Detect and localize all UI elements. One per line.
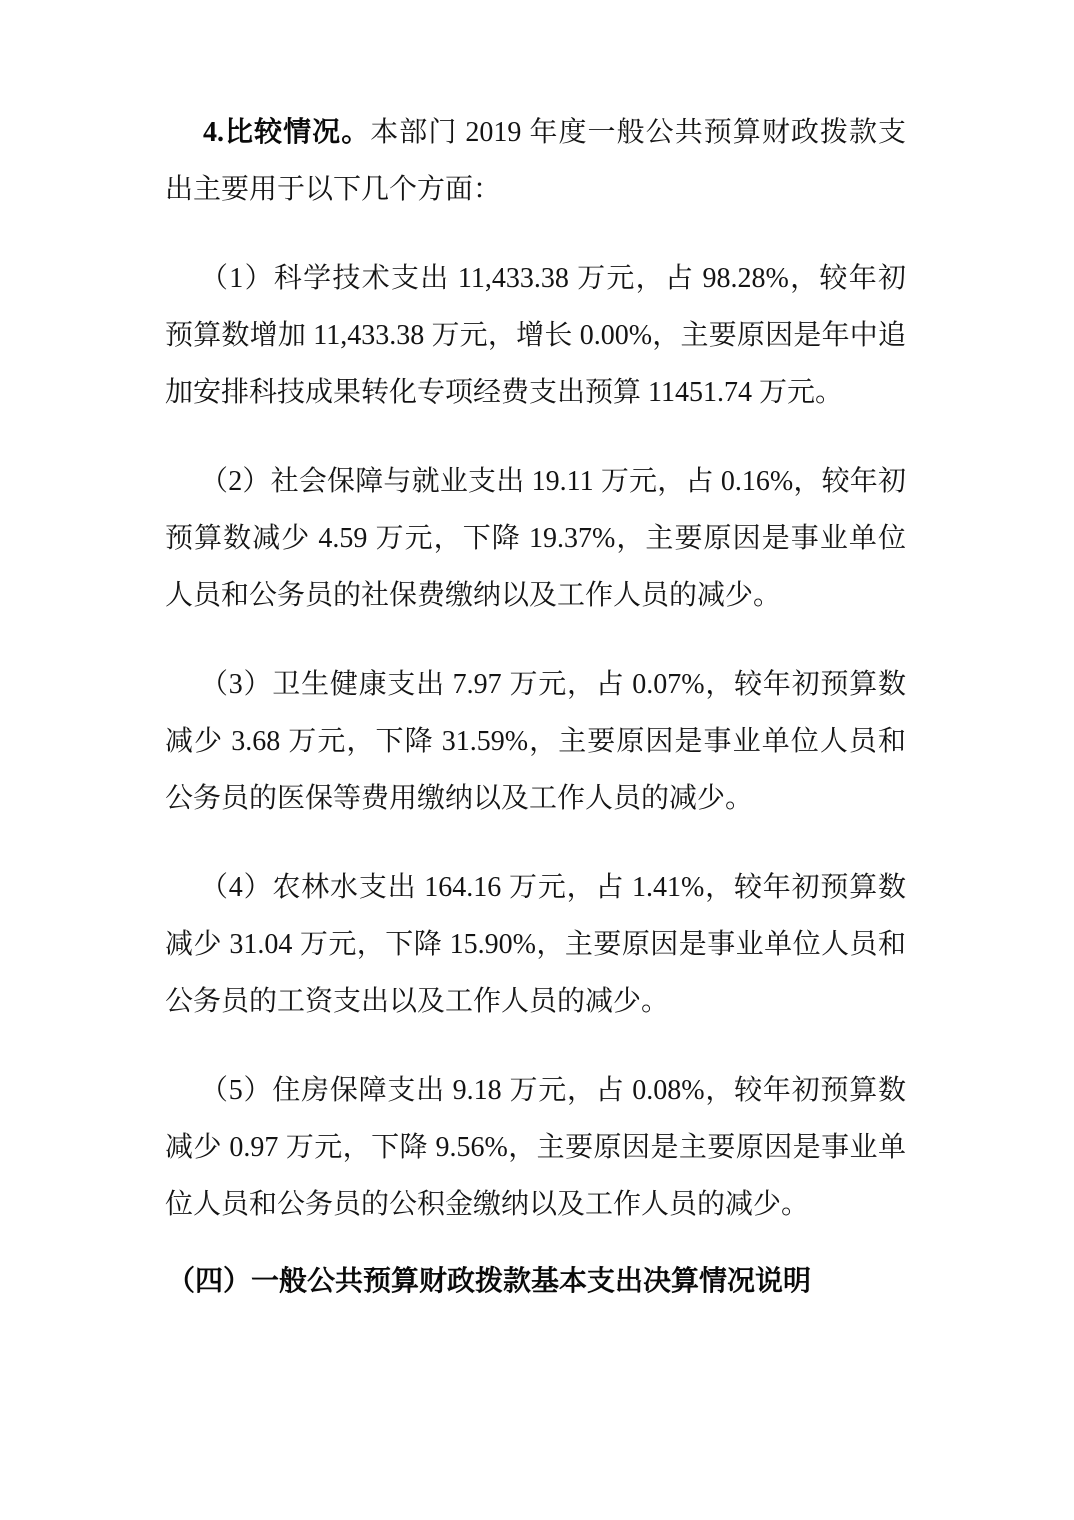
document-page: 4.比较情况。本部门 2019 年度一般公共预算财政拨款支出主要用于以下几个方面… xyxy=(0,0,1074,1520)
budget-item-paragraph-5: （5）住房保障支出 9.18 万元，占 0.08%，较年初预算数减少 0.97 … xyxy=(165,1062,906,1233)
budget-item-paragraph-3: （3）卫生健康支出 7.97 万元，占 0.07%，较年初预算数减少 3.68 … xyxy=(165,656,906,827)
budget-item-paragraph-1: （1）科学技术支出 11,433.38 万元，占 98.28%，较年初预算数增加… xyxy=(165,250,906,421)
budget-item-paragraph-4: （4）农林水支出 164.16 万元，占 1.41%，较年初预算数减少 31.0… xyxy=(165,859,906,1030)
paragraph-comparison-intro: 4.比较情况。本部门 2019 年度一般公共预算财政拨款支出主要用于以下几个方面… xyxy=(165,104,906,218)
section-heading: （四）一般公共预算财政拨款基本支出决算情况说明 xyxy=(165,1253,906,1310)
budget-item-paragraph-2: （2）社会保障与就业支出 19.11 万元，占 0.16%，较年初预算数减少 4… xyxy=(165,453,906,624)
comparison-intro-bold-label: 4.比较情况。 xyxy=(203,117,370,148)
